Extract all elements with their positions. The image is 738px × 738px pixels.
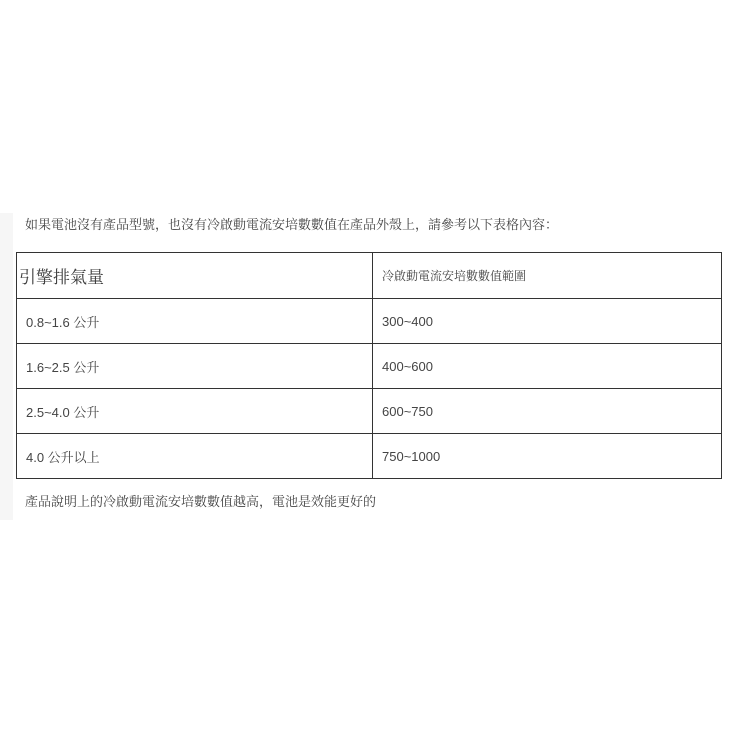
cell-cca-range: 300~400 xyxy=(373,299,722,344)
cell-engine-displacement: 2.5~4.0 公升 xyxy=(17,389,373,434)
cell-cca-range: 750~1000 xyxy=(373,434,722,479)
table-row: 4.0 公升以上 750~1000 xyxy=(17,434,722,479)
table-row: 1.6~2.5 公升 400~600 xyxy=(17,344,722,389)
table-row: 0.8~1.6 公升 300~400 xyxy=(17,299,722,344)
section-left-gutter xyxy=(0,213,13,520)
cca-table: 引擎排氣量 冷啟動電流安培數數值範圍 0.8~1.6 公升 300~400 1.… xyxy=(16,252,722,479)
header-cca-range: 冷啟動電流安培數數值範圍 xyxy=(373,253,722,299)
footer-note: 產品說明上的冷啟動電流安培數數值越高，電池是效能更好的 xyxy=(25,492,376,512)
cell-engine-displacement: 1.6~2.5 公升 xyxy=(17,344,373,389)
intro-text: 如果電池沒有產品型號，也沒有冷啟動電流安培數數值在產品外殼上，請參考以下表格內容… xyxy=(25,215,558,235)
cell-engine-displacement: 4.0 公升以上 xyxy=(17,434,373,479)
cell-cca-range: 400~600 xyxy=(373,344,722,389)
table-row: 2.5~4.0 公升 600~750 xyxy=(17,389,722,434)
cell-cca-range: 600~750 xyxy=(373,389,722,434)
cell-engine-displacement: 0.8~1.6 公升 xyxy=(17,299,373,344)
table-header-row: 引擎排氣量 冷啟動電流安培數數值範圍 xyxy=(17,253,722,299)
header-engine-displacement: 引擎排氣量 xyxy=(17,253,373,299)
